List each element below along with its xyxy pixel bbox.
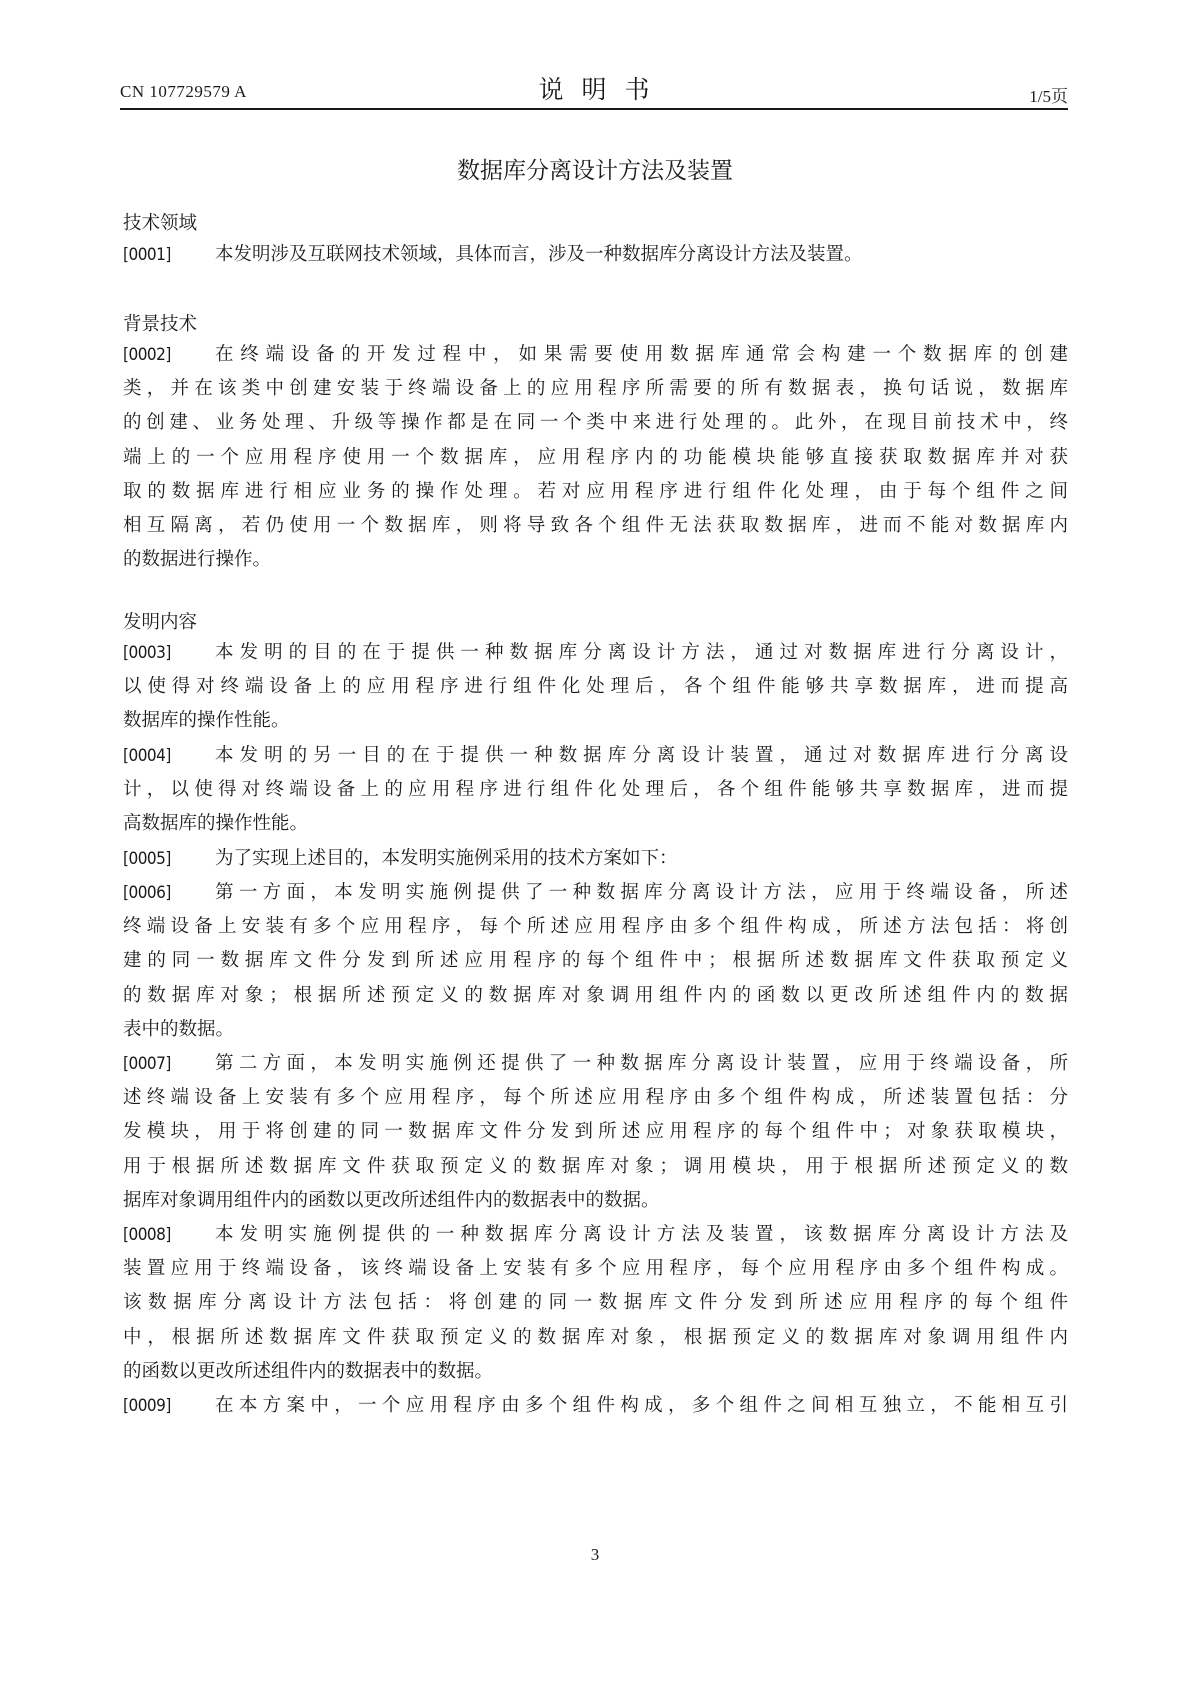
section-heading-summary: 发明内容 xyxy=(123,608,197,634)
text-line: 本发明的另一目的在于提供一种数据库分离设计装置，通过对数据库进行分离设 xyxy=(123,739,1068,773)
text-line: 的数据库对象；根据所述预定义的数据库对象调用组件内的函数以更改所述组件内的数据 xyxy=(123,979,1068,1013)
text-line: 以使得对终端设备上的应用程序进行组件化处理后，各个组件能够共享数据库，进而提高 xyxy=(123,670,1068,704)
text-line: 取的数据库进行相应业务的操作处理。若对应用程序进行组件化处理，由于每个组件之间 xyxy=(123,475,1068,509)
paragraph-0001: [0001] 本发明涉及互联网技术领域，具体而言，涉及一种数据库分离设计方法及装… xyxy=(123,238,1068,272)
document-title: 数据库分离设计方法及装置 xyxy=(0,152,1190,185)
text-line: 本发明实施例提供的一种数据库分离设计方法及装置，该数据库分离设计方法及 xyxy=(123,1218,1068,1252)
text-line: 第二方面，本发明实施例还提供了一种数据库分离设计装置，应用于终端设备，所 xyxy=(123,1047,1068,1081)
text-line: 数据库的操作性能。 xyxy=(123,704,1068,738)
text-line: 本发明涉及互联网技术领域，具体而言，涉及一种数据库分离设计方法及装置。 xyxy=(123,238,1068,272)
paragraph-0003: [0003] 本发明的目的在于提供一种数据库分离设计方法，通过对数据库进行分离设… xyxy=(123,636,1068,739)
text-line: 在终端设备的开发过程中，如果需要使用数据库通常会构建一个数据库的创建 xyxy=(123,338,1068,372)
text-line: 为了实现上述目的，本发明实施例采用的技术方案如下： xyxy=(123,842,1068,876)
text-line: 本发明的目的在于提供一种数据库分离设计方法，通过对数据库进行分离设计， xyxy=(123,636,1068,670)
text-line: 相互隔离，若仍使用一个数据库，则将导致各个组件无法获取数据库，进而不能对数据库内 xyxy=(123,509,1068,543)
text-line: 用于根据所述数据库文件获取预定义的数据库对象；调用模块，用于根据所述预定义的数 xyxy=(123,1150,1068,1184)
paragraph-0006: [0006] 第一方面，本发明实施例提供了一种数据库分离设计方法，应用于终端设备… xyxy=(123,876,1068,1047)
text-line: 据库对象调用组件内的函数以更改所述组件内的数据表中的数据。 xyxy=(123,1184,1068,1218)
text-line: 发模块，用于将创建的同一数据库文件分发到所述应用程序的每个组件中；对象获取模块， xyxy=(123,1115,1068,1149)
paragraph-0002: [0002] 在终端设备的开发过程中，如果需要使用数据库通常会构建一个数据库的创… xyxy=(123,338,1068,577)
text-line: 表中的数据。 xyxy=(123,1013,1068,1047)
paragraph-0005: [0005] 为了实现上述目的，本发明实施例采用的技术方案如下： xyxy=(123,842,1068,876)
document-type: 说明书 xyxy=(120,70,1068,106)
text-line: 计，以使得对终端设备上的应用程序进行组件化处理后，各个组件能够共享数据库，进而提 xyxy=(123,773,1068,807)
text-line: 在本方案中，一个应用程序由多个组件构成，多个组件之间相互独立，不能相互引 xyxy=(123,1389,1068,1423)
text-line: 高数据库的操作性能。 xyxy=(123,807,1068,841)
page-number: 3 xyxy=(0,1545,1190,1565)
page-header: CN 107729579 A 说明书 1/5页 xyxy=(120,68,1068,108)
paragraph-0007: [0007] 第二方面，本发明实施例还提供了一种数据库分离设计装置，应用于终端设… xyxy=(123,1047,1068,1218)
text-line: 该数据库分离设计方法包括：将创建的同一数据库文件分发到所述应用程序的每个组件 xyxy=(123,1286,1068,1320)
paragraph-0008: [0008] 本发明实施例提供的一种数据库分离设计方法及装置，该数据库分离设计方… xyxy=(123,1218,1068,1389)
text-line: 类，并在该类中创建安装于终端设备上的应用程序所需要的所有数据表，换句话说，数据库 xyxy=(123,372,1068,406)
text-line: 装置应用于终端设备，该终端设备上安装有多个应用程序，每个应用程序由多个组件构成。 xyxy=(123,1252,1068,1286)
page-indicator: 1/5页 xyxy=(1029,82,1068,107)
text-line: 的函数以更改所述组件内的数据表中的数据。 xyxy=(123,1355,1068,1389)
text-line: 的数据进行操作。 xyxy=(123,543,1068,577)
text-line: 述终端设备上安装有多个应用程序，每个所述应用程序由多个组件构成，所述装置包括：分 xyxy=(123,1081,1068,1115)
paragraph-0009: [0009] 在本方案中，一个应用程序由多个组件构成，多个组件之间相互独立，不能… xyxy=(123,1389,1068,1423)
text-line: 中，根据所述数据库文件获取预定义的数据库对象，根据预定义的数据库对象调用组件内 xyxy=(123,1321,1068,1355)
text-line: 端上的一个应用程序使用一个数据库，应用程序内的功能模块能够直接获取数据库并对获 xyxy=(123,441,1068,475)
header-divider xyxy=(120,108,1068,110)
text-line: 建的同一数据库文件分发到所述应用程序的每个组件中；根据所述数据库文件获取预定义 xyxy=(123,944,1068,978)
section-heading-technical-field: 技术领域 xyxy=(123,209,197,235)
section-heading-background: 背景技术 xyxy=(123,310,197,336)
text-line: 的创建、业务处理、升级等操作都是在同一个类中来进行处理的。此外，在现目前技术中，… xyxy=(123,406,1068,440)
paragraph-0004: [0004] 本发明的另一目的在于提供一种数据库分离设计装置，通过对数据库进行分… xyxy=(123,739,1068,842)
text-line: 第一方面，本发明实施例提供了一种数据库分离设计方法，应用于终端设备，所述 xyxy=(123,876,1068,910)
text-line: 终端设备上安装有多个应用程序，每个所述应用程序由多个组件构成，所述方法包括：将创 xyxy=(123,910,1068,944)
